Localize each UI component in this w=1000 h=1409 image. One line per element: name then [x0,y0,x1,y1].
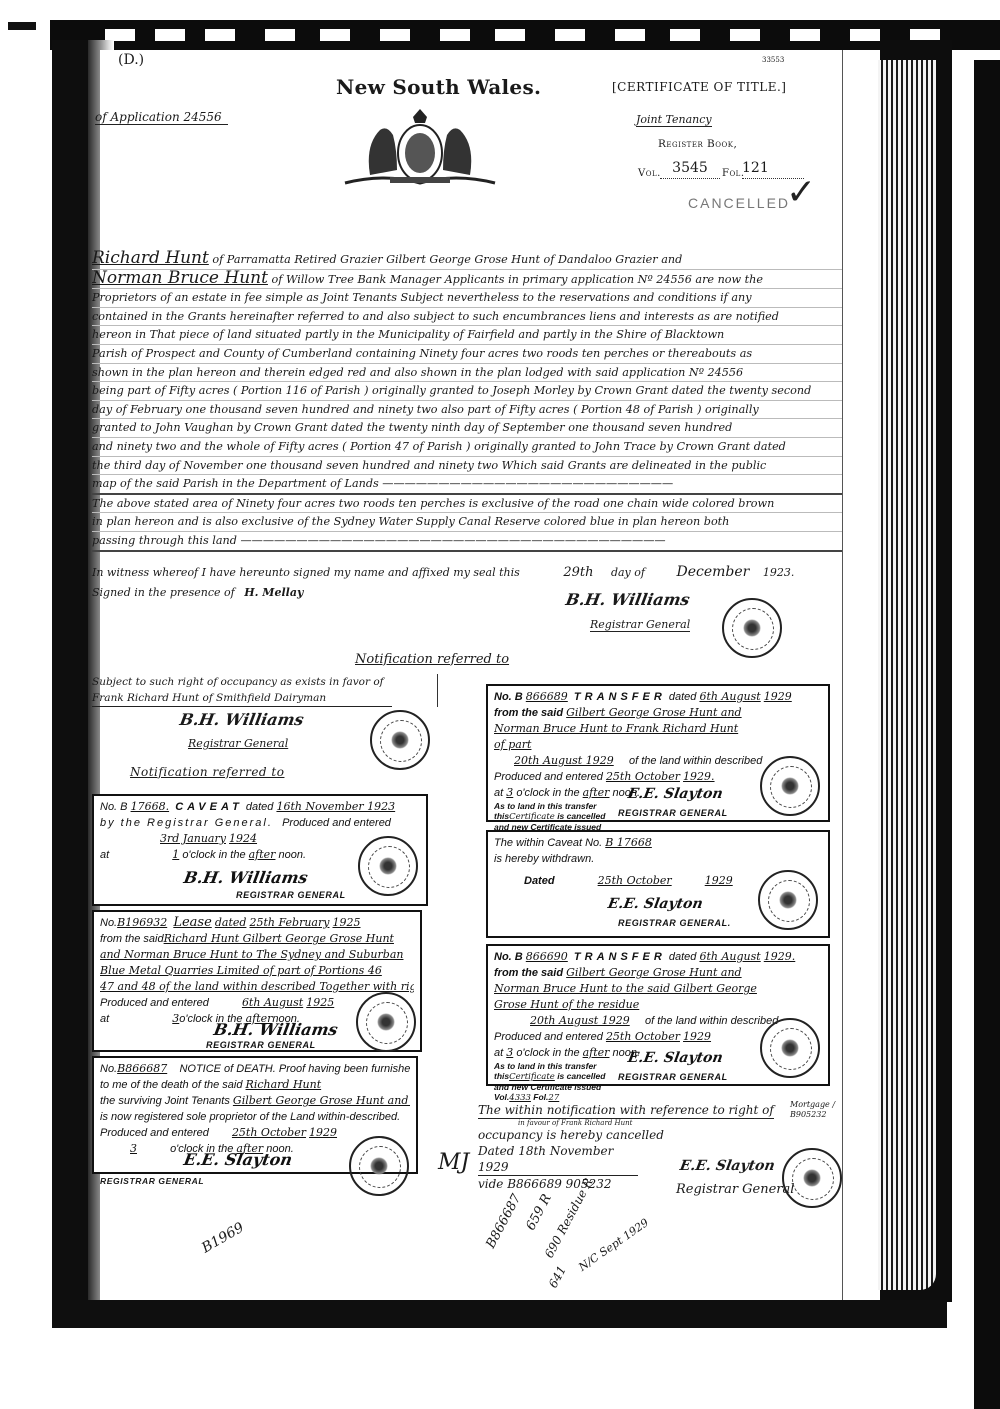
withdrawal-signature: E.E. Slayton [607,896,704,912]
witness-clause: In witness whereof I have hereunto signe… [92,564,794,580]
body-line: being part of Fifty acres ( Portion 116 … [92,382,842,401]
body-line: map of the said Parish in the Department… [92,475,842,495]
body-line: day of February one thousand seven hundr… [92,401,842,420]
caveat-box: No. B 17668. CAVEAT dated 16th November … [92,794,428,906]
doc-type: [CERTIFICATE OF TITLE.] [612,80,786,94]
body-line: Richard Hunt of Parramatta Retired Grazi… [92,250,842,270]
application-ref: of Application 24556 [95,110,228,125]
book-pages-edge [878,60,936,1290]
occupancy-cancellation-note: The within notification with reference t… [478,1102,774,1192]
death-notice-signature: E.E. Slayton [182,1150,293,1169]
death-notice-seal-icon [349,1136,409,1196]
lease-box: No.B196932 Lease dated 25th February 192… [92,910,422,1052]
transfer-2-registrar: REGISTRAR GENERAL [618,1072,728,1082]
transfer-1-registrar: REGISTRAR GENERAL [618,808,728,818]
withdrawal-seal-icon [758,870,818,930]
serial-number: 33553 [762,56,784,64]
cancellation-signature: E.E. Slayton [679,1158,776,1174]
body-line: passing through this land ——————————————… [92,532,842,552]
body-line: The above stated area of Ninety four acr… [92,495,842,514]
cancellation-registrar-title: Registrar General [676,1182,794,1197]
tenancy-type: Joint Tenancy [636,113,712,127]
registrar-title: Registrar General [590,618,690,632]
cancelled-stamp: CANCELLED [688,195,790,211]
caveat-registrar: REGISTRAR GENERAL [236,890,346,900]
transfer-2-signature: E.E. Slayton [627,1050,724,1066]
cancellation-seal-icon [782,1148,842,1208]
form-code: (D.) [118,52,144,68]
scan-border-right [974,60,1000,1409]
occupancy-note: Subject to such right of occupancy as ex… [92,674,438,707]
transfer-1-box: No. B 866689 TRANSFER dated 6th August 1… [486,684,830,822]
vol-label: Vol. [638,168,661,179]
transfer-1-seal-icon [760,756,820,816]
lease-signature: B.H. Williams [212,1020,339,1039]
lease-seal-icon [356,992,416,1052]
transfer-2-seal-icon [760,1018,820,1078]
vol-value: 3545 [660,160,720,179]
death-notice-box: No.B866687 NOTICE of DEATH. Proof having… [92,1056,418,1174]
registrar-signature: B.H. Williams [564,590,691,609]
signed-in-presence: Signed in the presence of H. Mellay [92,586,303,599]
caveat-seal-icon [358,836,418,896]
notification-heading: Notification referred to [355,652,509,667]
occupancy-seal-icon [370,710,430,770]
margin-note-right: Mortgage / B905232 [790,1100,842,1120]
body-line: in plan hereon and is also exclusive of … [92,513,842,532]
withdrawal-registrar: REGISTRAR GENERAL. [618,918,731,928]
scan-border-left [52,40,92,1320]
registrar-seal-icon [722,598,782,658]
title-description: Richard Hunt of Parramatta Retired Grazi… [92,250,842,552]
body-line: the third day of November one thousand s… [92,457,842,476]
lease-registrar: REGISTRAR GENERAL [206,1040,316,1050]
coat-of-arms-icon [325,105,515,190]
scan-artifact-dash [8,22,36,30]
body-line: Proprietors of an estate in fee simple a… [92,289,842,308]
margin-initials: MJ [438,1150,469,1175]
occupancy-registrar-title: Registrar General [188,737,288,750]
transfer-2-box: No. B 866690 TRANSFER dated 6th August 1… [486,944,830,1086]
caveat-withdrawal-box: The within Caveat No. B 17668 is hereby … [486,830,830,938]
check-mark-icon: ✓ [786,172,816,213]
notification-heading-2: Notification referred to [130,765,284,779]
scan-film-strip-top [50,20,1000,50]
page-rule-right [842,50,843,1300]
body-line: contained in the Grants hereinafter refe… [92,308,842,327]
body-line: and ninety two and the whole of Fifty ac… [92,438,842,457]
caveat-signature: B.H. Williams [182,868,309,887]
death-notice-registrar: REGISTRAR GENERAL [100,1176,204,1186]
body-line: Parish of Prospect and County of Cumberl… [92,345,842,364]
register-book-label: Register Book, [658,138,737,150]
body-line: hereon in That piece of land situated pa… [92,326,842,345]
page-title: New South Wales. [336,75,541,99]
scan-border-bottom [52,1300,947,1328]
transfer-1-signature: E.E. Slayton [627,786,724,802]
body-line: shown in the plan hereon and therein edg… [92,364,842,383]
body-line: Norman Bruce Hunt of Willow Tree Bank Ma… [92,270,842,290]
occupancy-signature: B.H. Williams [178,710,305,729]
body-line: granted to John Vaughan by Crown Grant d… [92,419,842,438]
